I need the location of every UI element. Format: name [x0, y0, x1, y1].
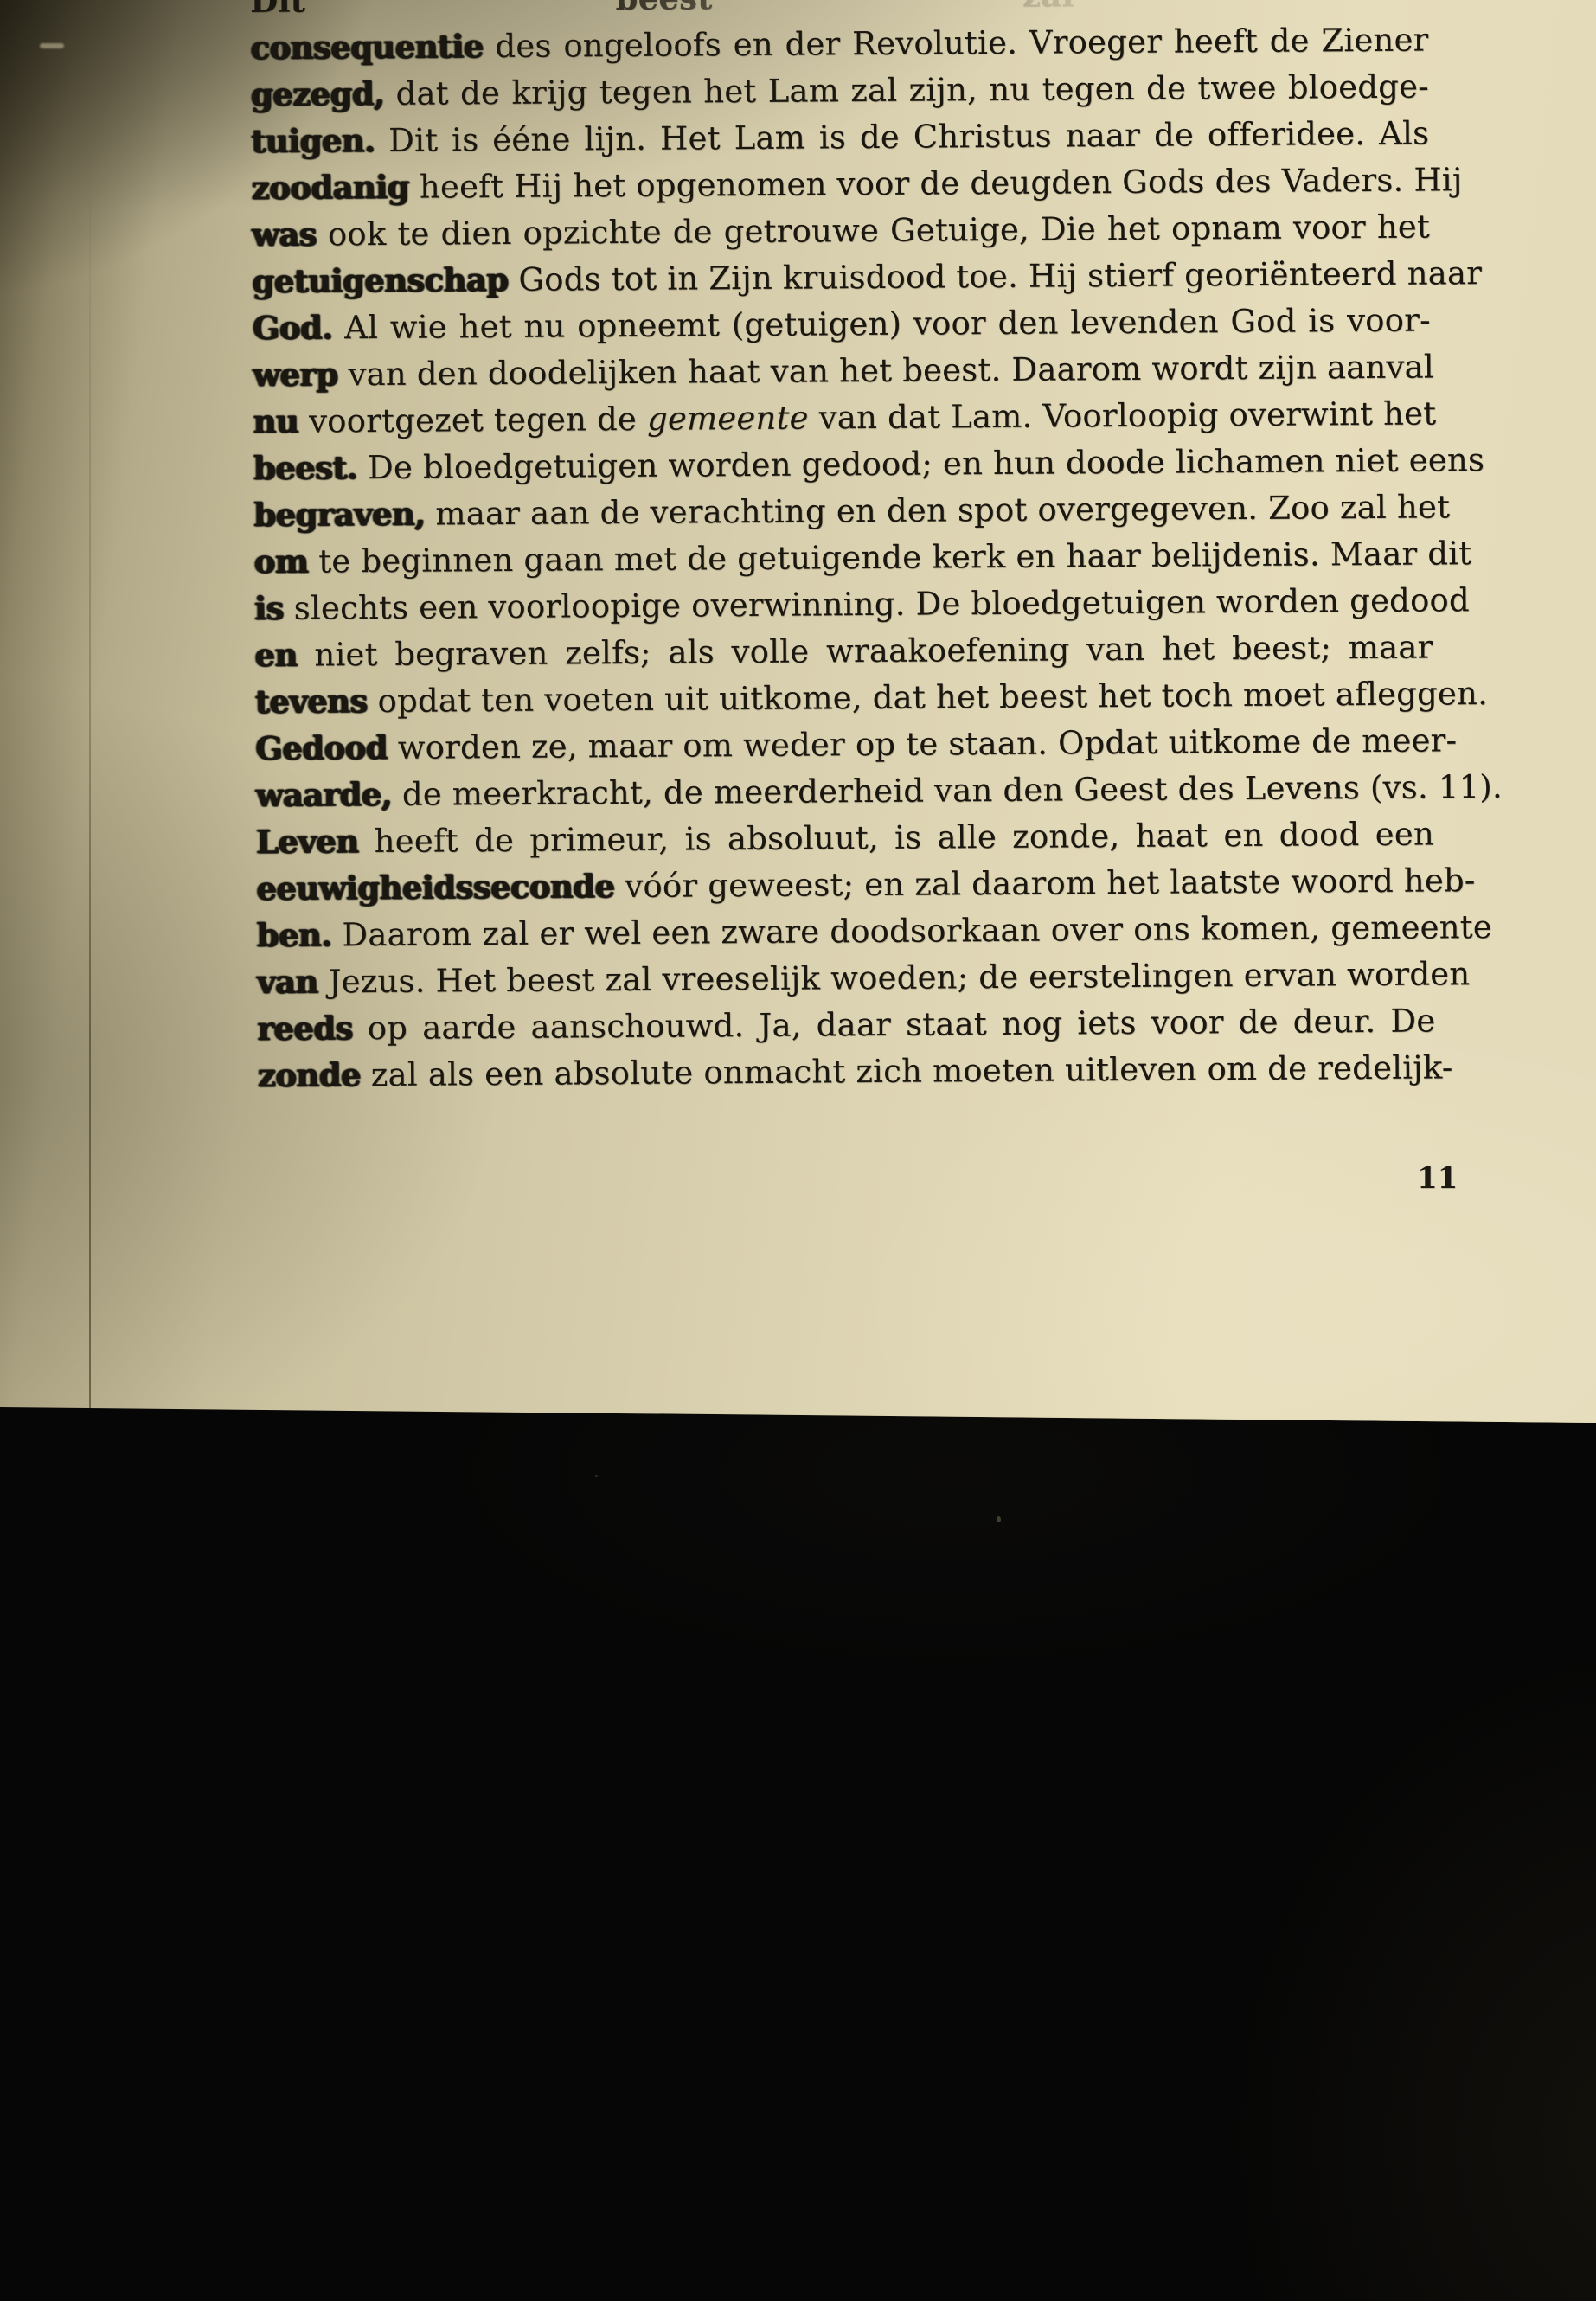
line-lead: nu [253, 402, 298, 440]
line-lead: waarde, [255, 775, 392, 814]
line-text: zal als een absolute onmacht zich moeten… [371, 1048, 1453, 1093]
line-text: op aarde aanschouwd. Ja, daar staat nog … [368, 1002, 1436, 1047]
line-lead: Leven [256, 822, 359, 861]
text-line: Gedood worden ze, maar om weder op te st… [255, 717, 1433, 772]
line-lead: werp [253, 355, 338, 394]
text-line: God. Al wie het nu opneemt (getuigen) vo… [253, 297, 1431, 352]
text-line: van Jezus. Het beest zal vreeselijk woed… [257, 950, 1435, 1005]
text-line: en niet begraven zelfs; als volle wraako… [254, 624, 1433, 679]
line-lead: tuigen. [251, 121, 375, 160]
line-text: maar aan de verachting en den spot overg… [435, 488, 1450, 532]
line-lead: van [257, 963, 318, 1001]
text-line: om te beginnen gaan met de getuigende ke… [253, 530, 1432, 586]
dust-speck [997, 1516, 1001, 1522]
line-lead: reeds [257, 1009, 353, 1048]
line-text: Gods tot in Zijn kruisdood toe. Hij stie… [518, 254, 1482, 298]
text-line: ben. Daarom zal er wel een zware doodsor… [256, 903, 1434, 958]
line-text: worden ze, maar om weder op te staan. Op… [398, 721, 1458, 766]
page-gutter-crease [89, 138, 91, 1410]
page-number: 11 [1417, 1161, 1458, 1195]
line-lead: getuigenschap [252, 260, 508, 300]
text-line: nu voortgezet tegen de gemeente van dat … [253, 390, 1431, 445]
line-text: vóór geweest; en zal daarom het laatste … [625, 862, 1476, 905]
line-lead: en [254, 636, 298, 674]
line-text: Al wie het nu opneemt (getuigen) voor de… [344, 302, 1431, 347]
line-text: Daarom zal er wel een zware doodsorkaan … [342, 908, 1492, 953]
text-line: reeds op aarde aanschouwd. Ja, daar staa… [257, 997, 1435, 1052]
line-lead: Gedood [255, 728, 388, 767]
line-text: dat de krijg tegen het Lam zal zijn, nu … [395, 68, 1429, 112]
paper-scratch-mark [40, 43, 64, 48]
line-text: te beginnen gaan met de getuigende kerk … [318, 535, 1471, 580]
line-lead: eeuwigheidsseconde [256, 867, 614, 907]
text-line: was ook te dien opzichte de getrouwe Get… [252, 203, 1430, 259]
line-lead: tevens [255, 682, 368, 721]
line-lead: gezegd, [251, 74, 385, 113]
line-text: ook te dien opzichte de getrouwe Getuige… [328, 208, 1430, 253]
page-bottom-edge [0, 1407, 1596, 1425]
line-text: van dat Lam. Voorloopig overwint het [818, 394, 1436, 436]
text-line: werp van den doodelijken haat van het be… [253, 343, 1431, 399]
line-text: de meerkracht, de meerderheid van den Ge… [402, 768, 1503, 813]
line-text: heeft de primeur, is absoluut, is alle z… [375, 815, 1435, 860]
line-text: des ongeloofs en der Revolutie. Vroeger … [495, 22, 1428, 66]
line-lead: was [252, 215, 317, 254]
text-line: zonde zal als een absolute onmacht zich … [258, 1043, 1436, 1099]
book-page: Dit beest zal op consequentie des ongelo… [0, 0, 1596, 1424]
text-line: beest. De bloedgetuigen worden gedood; e… [253, 437, 1432, 492]
line-text: heeft Hij het opgenomen voor de deugden … [420, 161, 1463, 205]
text-line: zoodanig heeft Hij het opgenomen voor de… [251, 157, 1429, 212]
line-lead: begraven, [253, 495, 425, 534]
line-italic-word: gemeente [647, 400, 809, 438]
line-lead: consequentie [250, 27, 483, 67]
line-text: opdat ten voeten uit uitkome, dat het be… [377, 675, 1488, 720]
text-line: gezegd, dat de krijg tegen het Lam zal z… [251, 63, 1429, 119]
text-line: tevens opdat ten voeten uit uitkome, dat… [255, 670, 1433, 726]
text-line: eeuwigheidsseconde vóór geweest; en zal … [256, 856, 1434, 912]
text-line: begraven, maar aan de verachting en den … [253, 484, 1432, 539]
line-lead: om [254, 542, 309, 580]
dust-speck [595, 1475, 598, 1477]
line-text: niet begraven zelfs; als volle wraakoefe… [314, 629, 1433, 674]
line-lead: is [254, 589, 284, 627]
line-lead: God. [253, 308, 333, 347]
line-lead: beest. [253, 448, 357, 487]
text-line: Leven heeft de primeur, is absoluut, is … [256, 810, 1434, 865]
line-text: van den doodelijken haat van het beest. … [348, 348, 1434, 393]
line-text: slechts een voorloopige overwinning. De … [294, 581, 1470, 626]
line-lead: zoodanig [251, 168, 409, 207]
line-lead: zonde [258, 1055, 361, 1094]
line-text: Jezus. Het beest zal vreeselijk woeden; … [328, 955, 1470, 1000]
text-line: getuigenschap Gods tot in Zijn kruisdood… [252, 250, 1430, 305]
line-text: Dit is ééne lijn. Het Lam is de Christus… [388, 115, 1429, 159]
text-line: is slechts een voorloopige overwinning. … [254, 577, 1433, 632]
line-text: voortgezet tegen de [309, 401, 637, 440]
text-line: consequentie des ongeloofs en der Revolu… [250, 16, 1428, 72]
text-block: Dit beest zal op consequentie des ongelo… [250, 0, 1436, 1099]
line-lead: ben. [257, 915, 332, 954]
scan-background: Dit beest zal op consequentie des ongelo… [0, 0, 1596, 2301]
text-line: tuigen. Dit is ééne lijn. Het Lam is de … [251, 110, 1429, 165]
text-line: waarde, de meerkracht, de meerderheid va… [255, 764, 1433, 819]
line-text: De bloedgetuigen worden gedood; en hun d… [368, 441, 1484, 486]
